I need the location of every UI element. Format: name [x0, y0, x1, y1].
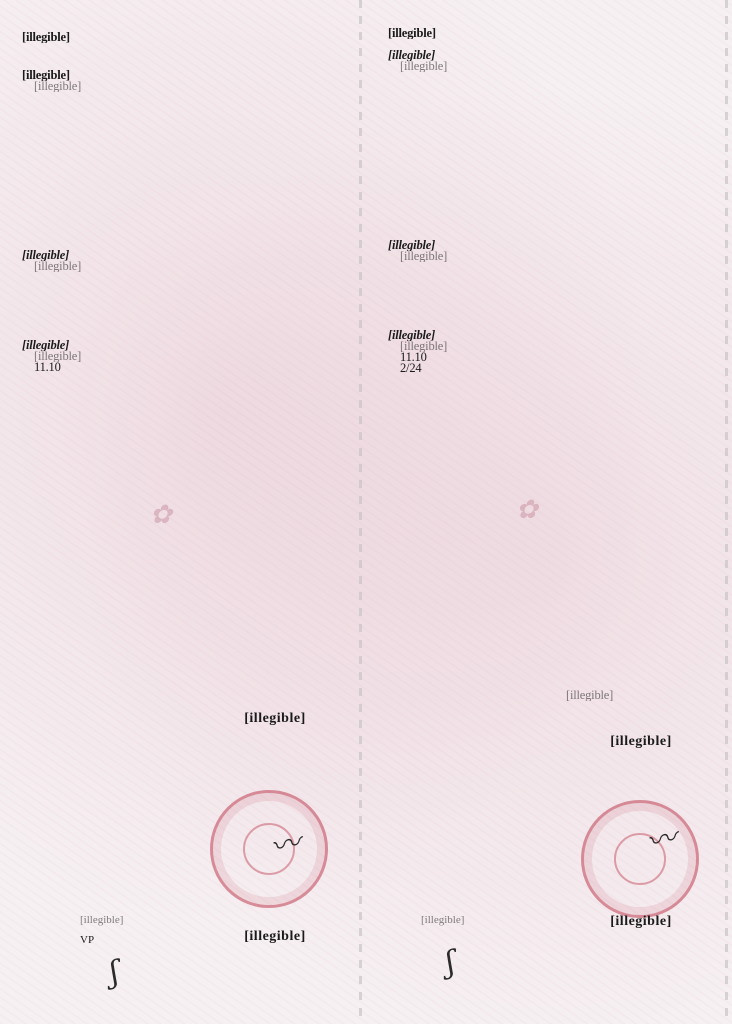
left-footer-text: [illegible]	[80, 915, 123, 925]
official-stamp	[210, 790, 328, 908]
legible-fragment: 11.10	[22, 362, 348, 373]
right-footer-text: [illegible]	[421, 915, 464, 925]
left-signature-title: [illegible]	[190, 712, 360, 726]
right-signer-name: [illegible]	[556, 915, 726, 929]
section-heading: [illegible]	[388, 240, 714, 251]
left-section-1: [illegible] [illegible]	[22, 70, 348, 92]
official-stamp	[581, 800, 699, 918]
legible-fragment: 2/24	[388, 363, 714, 374]
section-heading: [illegible]	[388, 50, 714, 61]
section-heading: [illegible]	[22, 70, 348, 81]
right-header: [illegible]	[388, 28, 714, 39]
section-body: [illegible]	[22, 261, 348, 272]
watermark: ✿	[150, 500, 172, 530]
right-header-text: [illegible]	[388, 28, 714, 39]
section-heading: [illegible]	[22, 340, 348, 351]
section-body: [illegible]	[388, 61, 714, 72]
section-body: [illegible]	[388, 341, 714, 352]
left-footer-label: VP	[80, 935, 94, 945]
left-section-2: [illegible] [illegible]	[22, 250, 348, 272]
left-section-3: [illegible] [illegible] 11.10	[22, 340, 348, 373]
section-body: [illegible]	[22, 351, 348, 362]
section-body: [illegible]	[388, 251, 714, 262]
section-heading: [illegible]	[388, 330, 714, 341]
left-header-text: [illegible]	[22, 32, 348, 43]
right-section-3: [illegible] [illegible] 11.10 2/24	[388, 330, 714, 374]
legible-fragment: 11.10	[388, 352, 714, 363]
left-header: [illegible]	[22, 32, 348, 43]
left-page: [illegible] [illegible] [illegible] [ill…	[0, 0, 366, 1024]
right-section-2: [illegible] [illegible]	[388, 240, 714, 262]
right-signature-title: [illegible]	[556, 735, 726, 749]
right-section-1: [illegible] [illegible]	[388, 50, 714, 72]
right-date-line: [illegible]	[566, 690, 613, 701]
section-heading: [illegible]	[22, 250, 348, 261]
right-page: [illegible] [illegible] [illegible] [ill…	[366, 0, 732, 1024]
handwritten-initials: ʃ	[106, 955, 121, 991]
watermark: ✿	[516, 495, 538, 525]
page-edge	[359, 0, 362, 1024]
handwritten-initials: ʃ	[442, 945, 457, 981]
left-signer-name: [illegible]	[190, 930, 360, 944]
page-edge	[725, 0, 728, 1024]
section-body: [illegible]	[22, 81, 348, 92]
